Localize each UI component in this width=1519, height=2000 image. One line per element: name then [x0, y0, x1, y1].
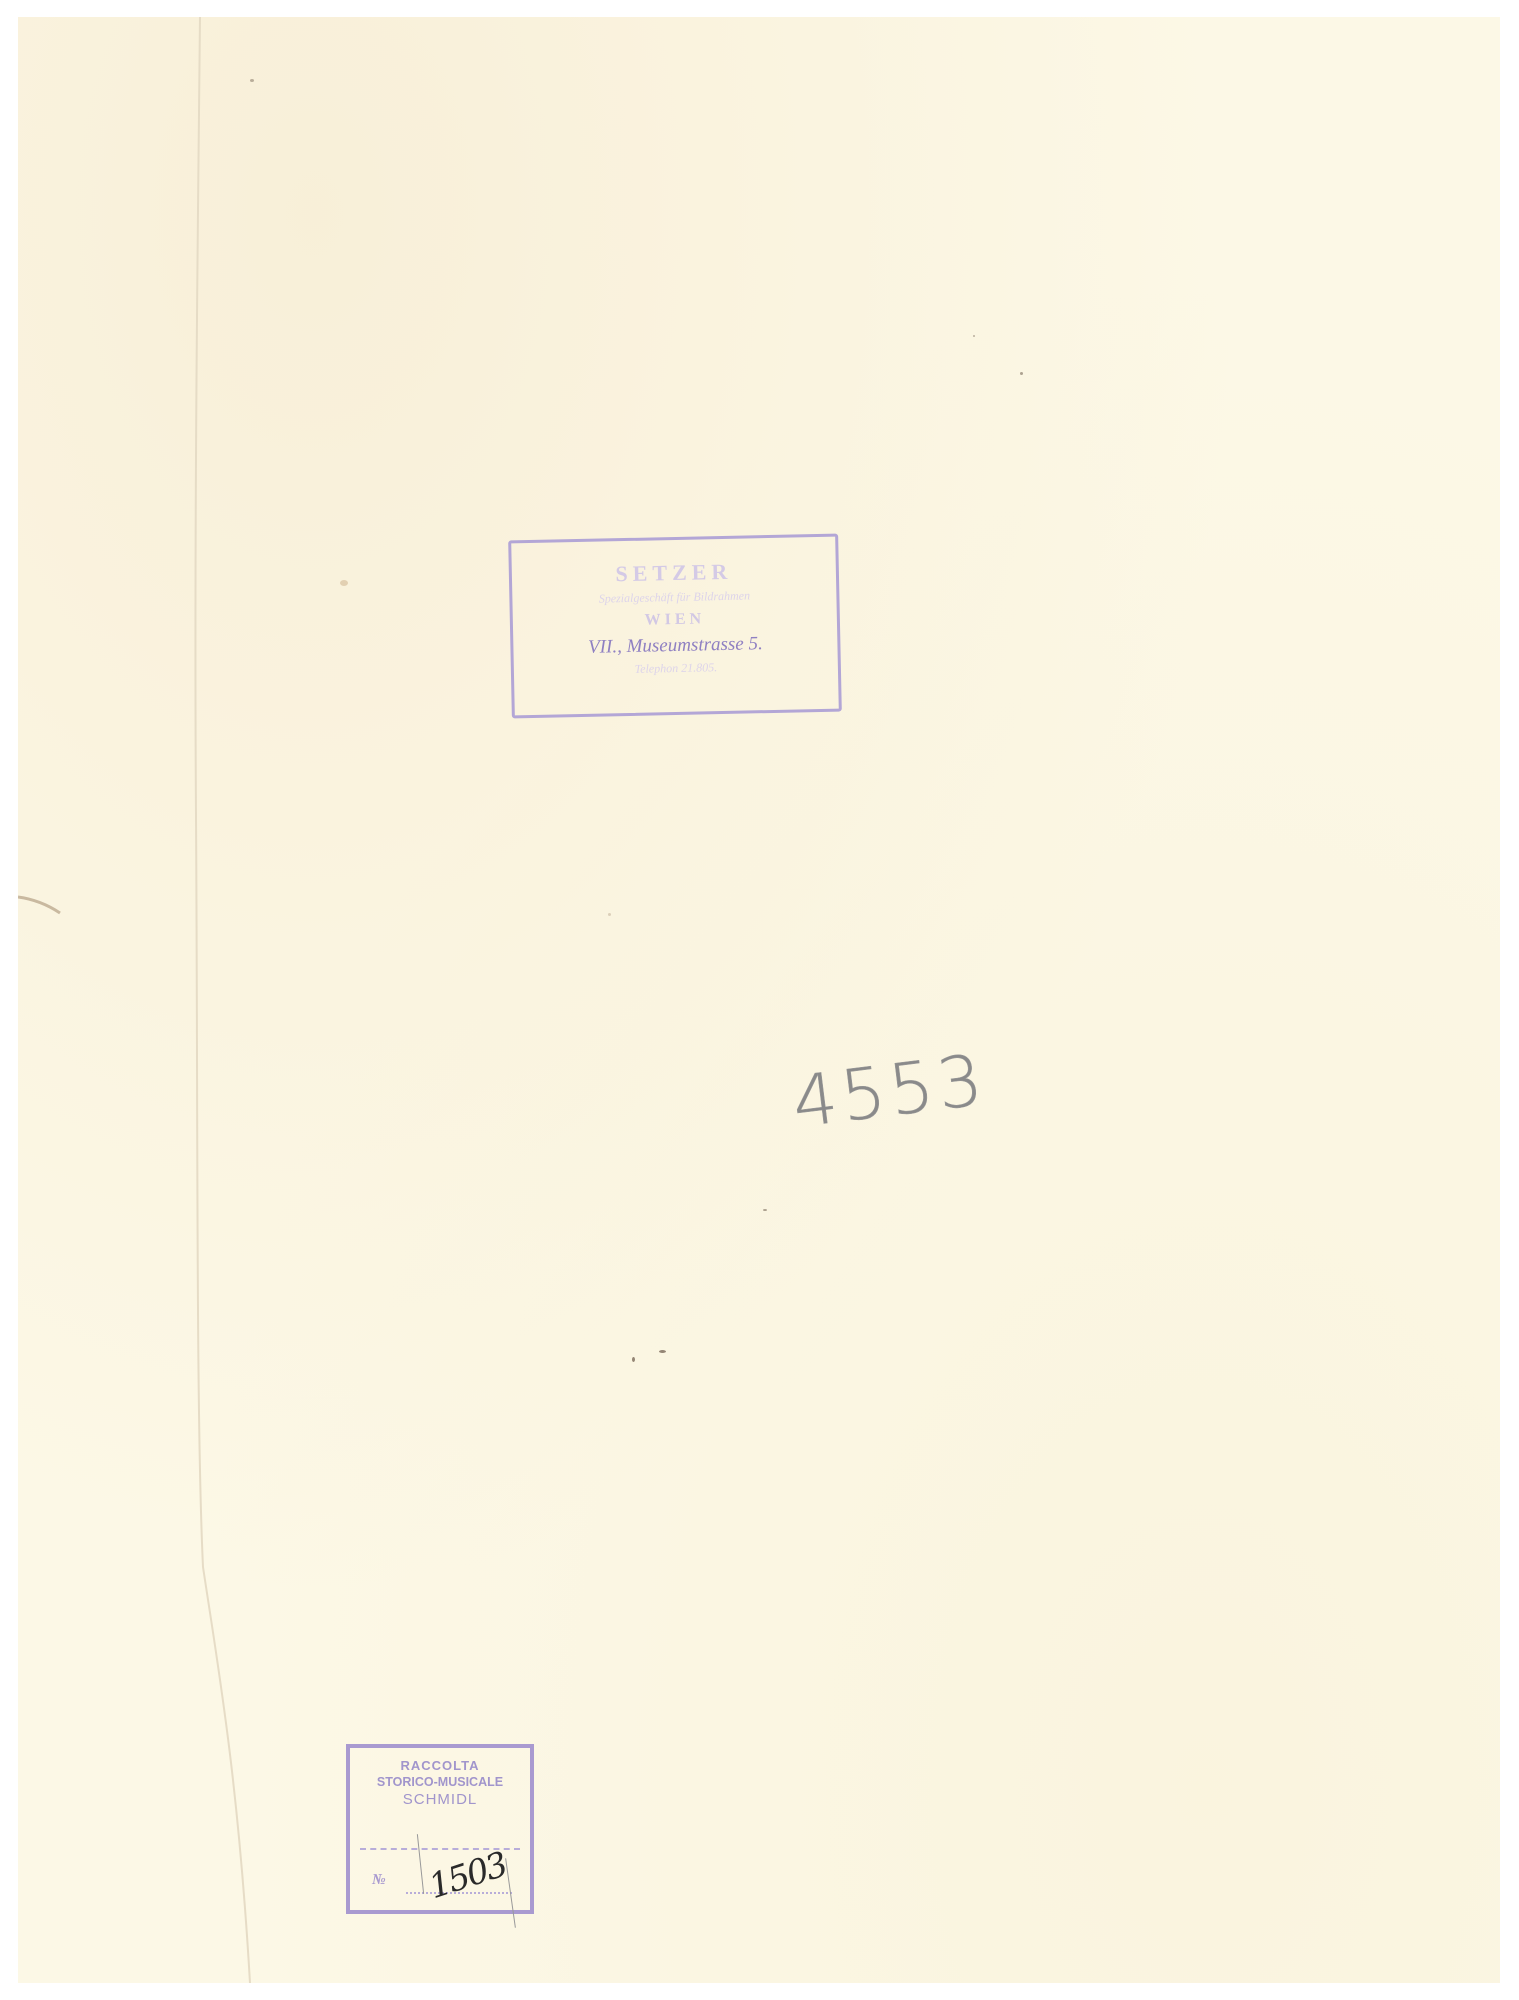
speck	[659, 1350, 666, 1353]
setzer-stamp-subtitle: Spezialgeschäft für Bildrahmen	[512, 587, 836, 609]
schmidl-number-label: №	[372, 1872, 386, 1889]
paper-sheet: SETZER Spezialgeschäft für Bildrahmen WI…	[18, 17, 1500, 1983]
setzer-stamp-address: VII., Museumstrasse 5.	[513, 632, 837, 661]
setzer-stamp: SETZER Spezialgeschäft für Bildrahmen WI…	[508, 534, 842, 719]
schmidl-stamp-line3: SCHMIDL	[350, 1791, 530, 1808]
setzer-stamp-phone: Telephon 21.805.	[514, 658, 838, 680]
setzer-stamp-city: WIEN	[513, 608, 837, 633]
pencil-stroke	[417, 1834, 424, 1894]
speck	[973, 335, 975, 337]
pencil-inventory-number: 4553	[788, 1039, 991, 1144]
schmidl-number-value: 1503	[428, 1844, 507, 1909]
speck	[608, 913, 611, 916]
paper-crease	[18, 17, 1500, 1983]
speck	[340, 580, 348, 586]
speck	[763, 1209, 767, 1211]
schmidl-stamp-line2: STORICO-MUSICALE	[350, 1775, 530, 1789]
speck	[632, 1357, 635, 1362]
schmidl-stamp-line1: RACCOLTA	[350, 1758, 530, 1773]
schmidl-collection-stamp: RACCOLTA STORICO-MUSICALE SCHMIDL № 1503	[346, 1744, 534, 1914]
speck	[250, 79, 254, 82]
setzer-stamp-title: SETZER	[512, 557, 836, 590]
speck	[1020, 372, 1023, 375]
